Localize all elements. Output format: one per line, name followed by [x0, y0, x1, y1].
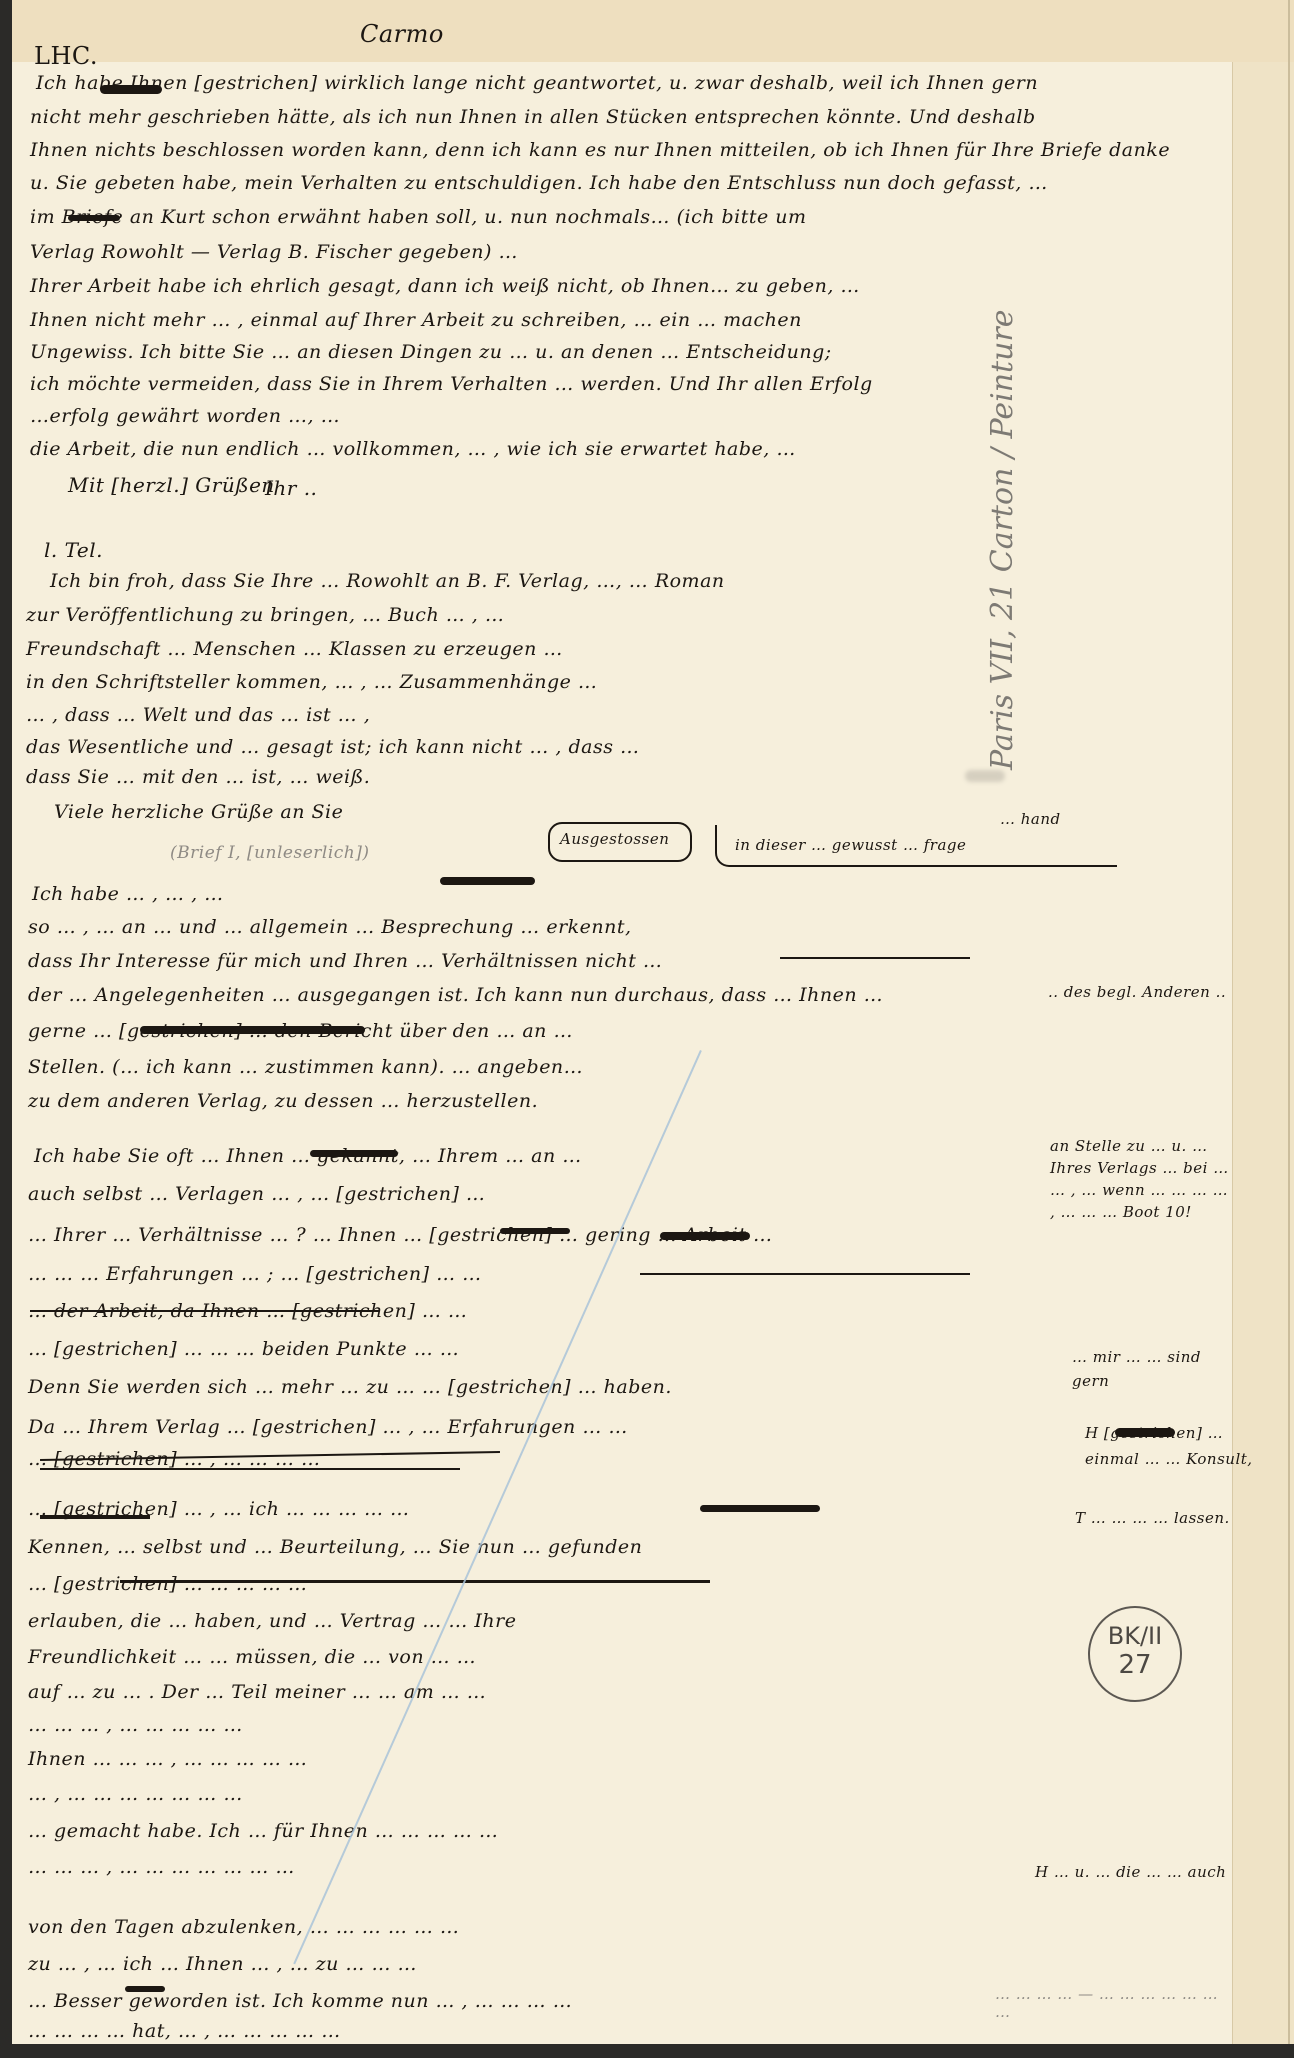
pencil-aside: (Brief I, [unleserlich]): [170, 845, 370, 862]
margin-note: H … u. … die … … auch: [1035, 1865, 1226, 1880]
text-line: … Besser geworden ist. Ich komme nun … ,…: [28, 1992, 572, 2011]
crossed-out-word: [500, 1228, 570, 1234]
insertion-text: … hand: [1000, 812, 1061, 827]
text-line: … gemacht habe. Ich … für Ihnen … … … … …: [28, 1822, 498, 1841]
text-line: Freundlichkeit … … müssen, die … von … …: [28, 1648, 476, 1667]
text-line: u. Sie gebeten habe, mein Verhalten zu e…: [30, 174, 1048, 193]
text-line: zu dem anderen Verlag, zu dessen … herzu…: [28, 1092, 538, 1111]
text-line: zur Veröffentlichung zu bringen, … Buch …: [26, 606, 504, 625]
text-line: die Arbeit, die nun endlich … vollkommen…: [30, 440, 796, 459]
page-reference: LHC.: [34, 44, 98, 68]
pencil-margin-note: … … … … — … … … … … … …: [995, 1985, 1225, 2021]
text-line: Ihnen nichts beschlossen worden kann, de…: [30, 141, 1170, 160]
section-label: l. Tel.: [44, 540, 103, 560]
text-line: … [gestrichen] … … … beiden Punkte … …: [28, 1340, 459, 1359]
page-edge-fold: [1288, 0, 1290, 2044]
text-line: in den Schriftsteller kommen, … , … Zusa…: [26, 673, 597, 692]
text-line: zu … , … ich … Ihnen … , … zu … … …: [28, 1955, 417, 1974]
text-line: dass Ihr Interesse für mich und Ihren … …: [28, 952, 662, 971]
crossed-out-word: [125, 1986, 165, 1992]
stamp-number: 27: [1090, 1650, 1180, 1680]
text-line: Ich habe … , … , …: [32, 885, 224, 904]
insertion-text: Ausgestossen: [560, 832, 669, 847]
crossed-out-word: [100, 85, 162, 94]
text-line: Ihrer Arbeit habe ich ehrlich gesagt, da…: [30, 277, 860, 296]
text-line: … … … , … … … … … … …: [28, 1858, 295, 1877]
text-line: Verlag Rowohlt — Verlag B. Fischer gegeb…: [30, 243, 518, 262]
text-line: das Wesentliche und … gesagt ist; ich ka…: [26, 738, 640, 757]
crossed-out-phrase: [440, 877, 535, 885]
struck-through-text: [40, 1468, 460, 1470]
vertical-pencil-note: Paris VII, 21 Carton / Peinture: [985, 309, 1020, 770]
page-top-band: [12, 0, 1294, 62]
header-title: Carmo: [360, 22, 444, 46]
archive-stamp: BK/II 27: [1088, 1606, 1182, 1702]
underlying-page-strip: [1232, 62, 1294, 2044]
text-line: Ich habe Ihnen [gestrichen] wirklich lan…: [36, 74, 1038, 93]
crossed-out-word: [68, 215, 120, 221]
text-line: der … Angelegenheiten … ausgegangen ist.…: [28, 986, 883, 1005]
text-line: Stellen. (… ich kann … zustimmen kann). …: [28, 1058, 583, 1077]
text-line: Ihnen … … … , … … … … …: [28, 1750, 307, 1769]
signature: Ihr ..: [265, 478, 317, 498]
text-line: … … … … hat, … , … … … … …: [28, 2022, 341, 2041]
margin-note: .. des begl. Anderen ..: [1048, 985, 1226, 1000]
text-line: nicht mehr geschrieben hätte, als ich nu…: [30, 108, 1036, 127]
closing-line: Mit [herzl.] Grüßen: [68, 475, 275, 495]
margin-note: T … … … … lassen.: [1075, 1505, 1245, 1531]
crossed-out-word: [700, 1505, 820, 1512]
text-line: von den Tagen abzulenken, … … … … … …: [28, 1918, 459, 1937]
text-line: auch selbst … Verlagen … , … [gestrichen…: [28, 1185, 485, 1204]
text-line: dass Sie … mit den … ist, … weiß.: [26, 768, 370, 787]
text-line: Kennen, … selbst und … Beurteilung, … Si…: [28, 1538, 642, 1557]
text-line: ich möchte vermeiden, dass Sie in Ihrem …: [30, 375, 873, 394]
text-line: … , … … … … … … …: [28, 1785, 243, 1804]
crossed-out-phrase: [140, 1026, 365, 1034]
stamp-collection: BK/II: [1090, 1622, 1180, 1650]
text-line: im Briefe an Kurt schon erwähnt haben so…: [30, 208, 807, 227]
insertion-text: in dieser … gewusst … frage: [735, 838, 966, 853]
paragraph-2-tail: Viele herzliche Grüße an Sie: [54, 803, 343, 822]
text-line: Ihnen nicht mehr … , einmal auf Ihrer Ar…: [30, 311, 802, 330]
text-line: …erfolg gewährt worden …, …: [30, 407, 340, 426]
crossed-out-word: [310, 1150, 398, 1157]
struck-through-text: [120, 1580, 710, 1583]
text-line: Freundschaft … Menschen … Klassen zu erz…: [26, 640, 563, 659]
text-line: … , dass … Welt und das … ist … ,: [26, 706, 370, 725]
ink-smudge: [965, 770, 1005, 782]
crossed-out-word: [1115, 1428, 1175, 1437]
struck-through-text: [780, 957, 970, 959]
margin-note: an Stelle zu … u. … Ihres Verlags … bei …: [1050, 1135, 1235, 1223]
margin-note: … mir … … sind gern: [1072, 1345, 1242, 1393]
text-line: … [gestrichen] … … … … …: [28, 1575, 307, 1594]
text-line: Denn Sie werden sich … mehr … zu … … [ge…: [28, 1378, 672, 1397]
text-line: Ich habe Sie oft … Ihnen … gekannt, … Ih…: [34, 1147, 582, 1166]
text-line: Da … Ihrem Verlag … [gestrichen] … , … E…: [28, 1418, 628, 1437]
struck-through-text: [640, 1273, 970, 1275]
text-line: Ungewiss. Ich bitte Sie … an diesen Ding…: [30, 343, 832, 362]
text-line: … … … Erfahrungen … ; … [gestrichen] … …: [28, 1265, 482, 1284]
struck-through-text: [30, 1310, 380, 1312]
text-line: so … , … an … und … allgemein … Besprech…: [28, 918, 632, 937]
struck-through-text: [40, 1515, 150, 1519]
text-line: … … … , … … … … …: [28, 1716, 243, 1735]
text-line: Ich bin froh, dass Sie Ihre … Rowohlt an…: [50, 572, 725, 591]
crossed-out-word: [660, 1232, 750, 1240]
